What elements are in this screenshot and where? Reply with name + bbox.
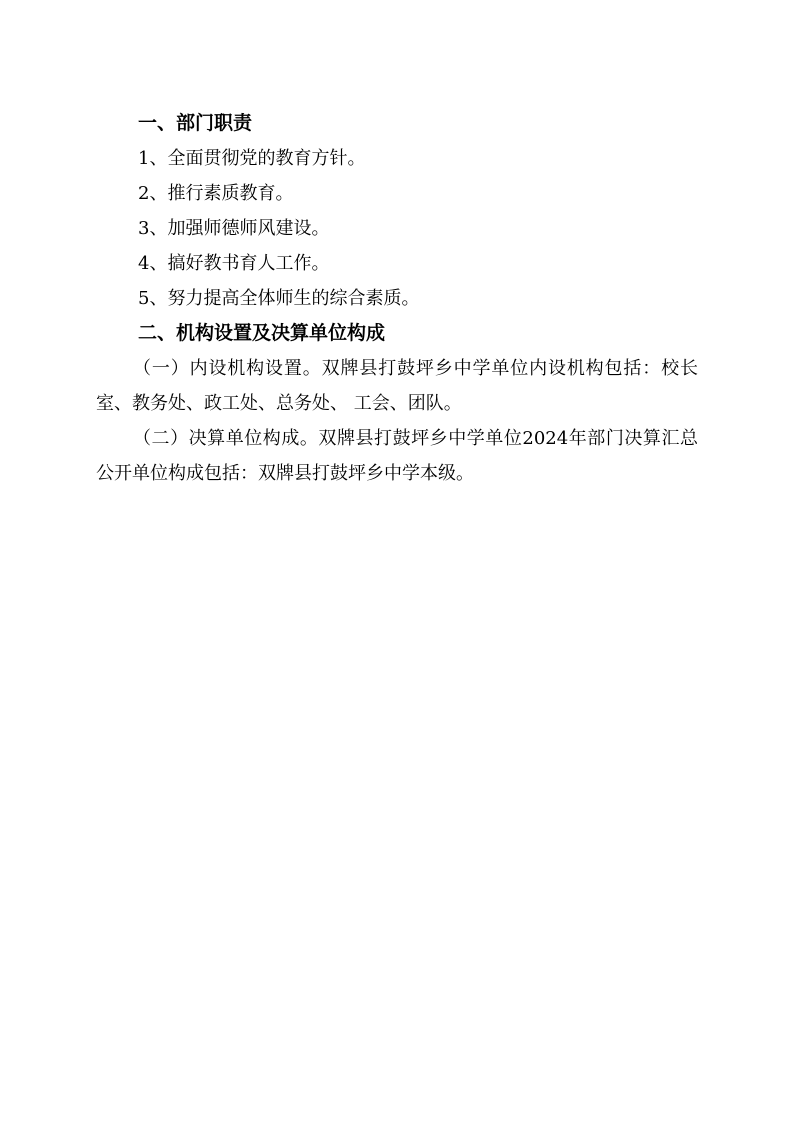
duty-item-1: 1、全面贯彻党的教育方针。 bbox=[138, 141, 698, 176]
duty-item-2: 2、推行素质教育。 bbox=[138, 176, 698, 211]
section-heading-duties: 一、部门职责 bbox=[138, 106, 698, 141]
duty-item-4: 4、搞好教书育人工作。 bbox=[138, 246, 698, 281]
document-page: 一、部门职责 1、全面贯彻党的教育方针。 2、推行素质教育。 3、加强师德师风建… bbox=[96, 106, 698, 491]
paragraph-internal-structure: （一）内设机构设置。双牌县打鼓坪乡中学单位内设机构包括：校长室、教务处、政工处、… bbox=[96, 351, 698, 421]
duty-item-3: 3、加强师德师风建设。 bbox=[138, 211, 698, 246]
paragraph-budget-units: （二）决算单位构成。双牌县打鼓坪乡中学单位2024年部门决算汇总公开单位构成包括… bbox=[96, 421, 698, 491]
section-heading-structure: 二、机构设置及决算单位构成 bbox=[138, 316, 698, 351]
duty-item-5: 5、努力提高全体师生的综合素质。 bbox=[138, 281, 698, 316]
